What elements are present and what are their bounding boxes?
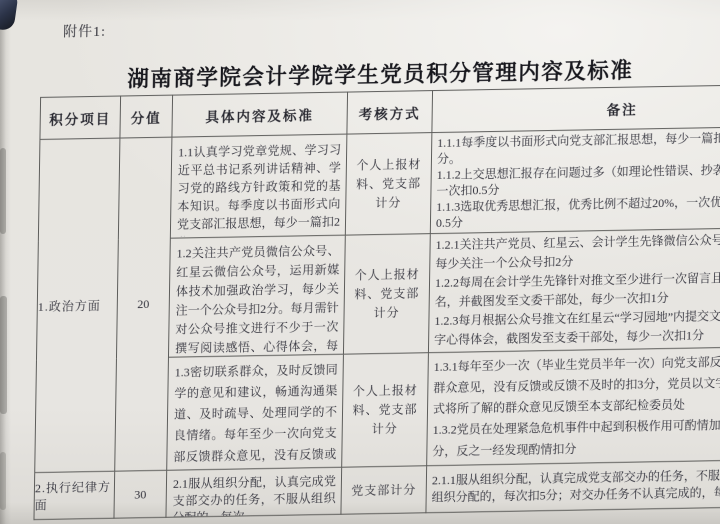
binding-mark xyxy=(0,148,6,234)
method-text: 党支部计分 xyxy=(342,480,426,500)
content-text: 1.3密切联系群众，及时反馈同学的意见和建议，畅通沟通渠道、及时疏导、处理同学的… xyxy=(167,355,343,470)
content-cell: 1.1认真学习党章党规、学习习近平总书记系列讲话精神、学习党的路线方针政策和党的… xyxy=(170,134,347,238)
content-cell: 1.2关注共产党员微信公众号、红星云微信公众号，运用新媒体技术加强政治学习，每少… xyxy=(168,235,345,357)
header-assessment-method: 考核方式 xyxy=(347,91,433,135)
content-text: 1.1认真学习党章党规、学习习近平总书记系列讲话精神、学习党的路线方针政策和党的… xyxy=(171,136,347,237)
photo-bottom-shadow xyxy=(0,502,720,524)
remarks-cell: 1.2.1关注共产党员、红星云、会计学生先锋微信公众号、 每少关注一个公众号扣2… xyxy=(428,227,720,353)
remarks-cell: 1.1.1每季度以书面形式向党支部汇报思想，每少一篇扣2 分。 1.1.2上交思… xyxy=(430,126,720,234)
header-score: 分值 xyxy=(120,95,173,138)
table-row: 1.政治方面 20 1.1认真学习党章党规、学习习近平总书记系列讲话精神、学习党… xyxy=(38,126,720,241)
method-text: 个人上报材 料、党支部 计分 xyxy=(346,155,431,213)
method-cell: 个人上报材 料、党支部 计分 xyxy=(345,133,432,236)
binding-mark xyxy=(0,296,7,414)
header-content-standard: 具体内容及标准 xyxy=(172,92,348,137)
method-cell: 个人上报材 料、党支部 计分 xyxy=(343,234,430,355)
content-cell: 1.3密切联系群众，及时反馈同学的意见和建议，畅通沟通渠道、及时疏导、处理同学的… xyxy=(167,354,344,470)
points-table: 积分项目 分值 具体内容及标准 考核方式 备注 1.政治方面 20 1.1认真学… xyxy=(33,83,720,520)
header-points-item: 积分项目 xyxy=(40,96,121,139)
remarks-text: 1.3.1每年至少一次（毕业生党员半年一次）向党支部反馈 群众意见，没有反馈或反… xyxy=(427,348,720,464)
paper-left-edge-shadow xyxy=(0,0,11,524)
remarks-cell: 1.3.1每年至少一次（毕业生党员半年一次）向党支部反馈 群众意见，没有反馈或反… xyxy=(427,346,720,466)
method-text: 个人上报材 料、党支部 计分 xyxy=(344,265,429,323)
item-political-aspect: 1.政治方面 xyxy=(35,138,120,473)
content-text: 1.2关注共产党员微信公众号、红星云微信公众号，运用新媒体技术加强政治学习，每少… xyxy=(169,237,345,356)
paper-sheet: 附件1: 湖南商学院会计学院学生党员积分管理内容及标准 积分项目 分值 具体内容… xyxy=(0,0,720,524)
attachment-label: 附件1: xyxy=(63,21,106,42)
header-remarks: 备注 xyxy=(432,84,720,133)
method-cell: 个人上报材 料、党支部 计分 xyxy=(342,353,429,468)
score-political-aspect: 20 xyxy=(115,137,172,471)
remarks-text: 1.2.1关注共产党员、红星云、会计学生先锋微信公众号、 每少关注一个公众号扣2… xyxy=(429,228,720,353)
method-text: 个人上报材 料、党支部 计分 xyxy=(343,381,428,439)
scanned-document-photo: 附件1: 湖南商学院会计学院学生党员积分管理内容及标准 积分项目 分值 具体内容… xyxy=(0,0,720,524)
remarks-text: 1.1.1每季度以书面形式向党支部汇报思想，每少一篇扣2 分。 1.1.2上交思… xyxy=(431,126,720,233)
